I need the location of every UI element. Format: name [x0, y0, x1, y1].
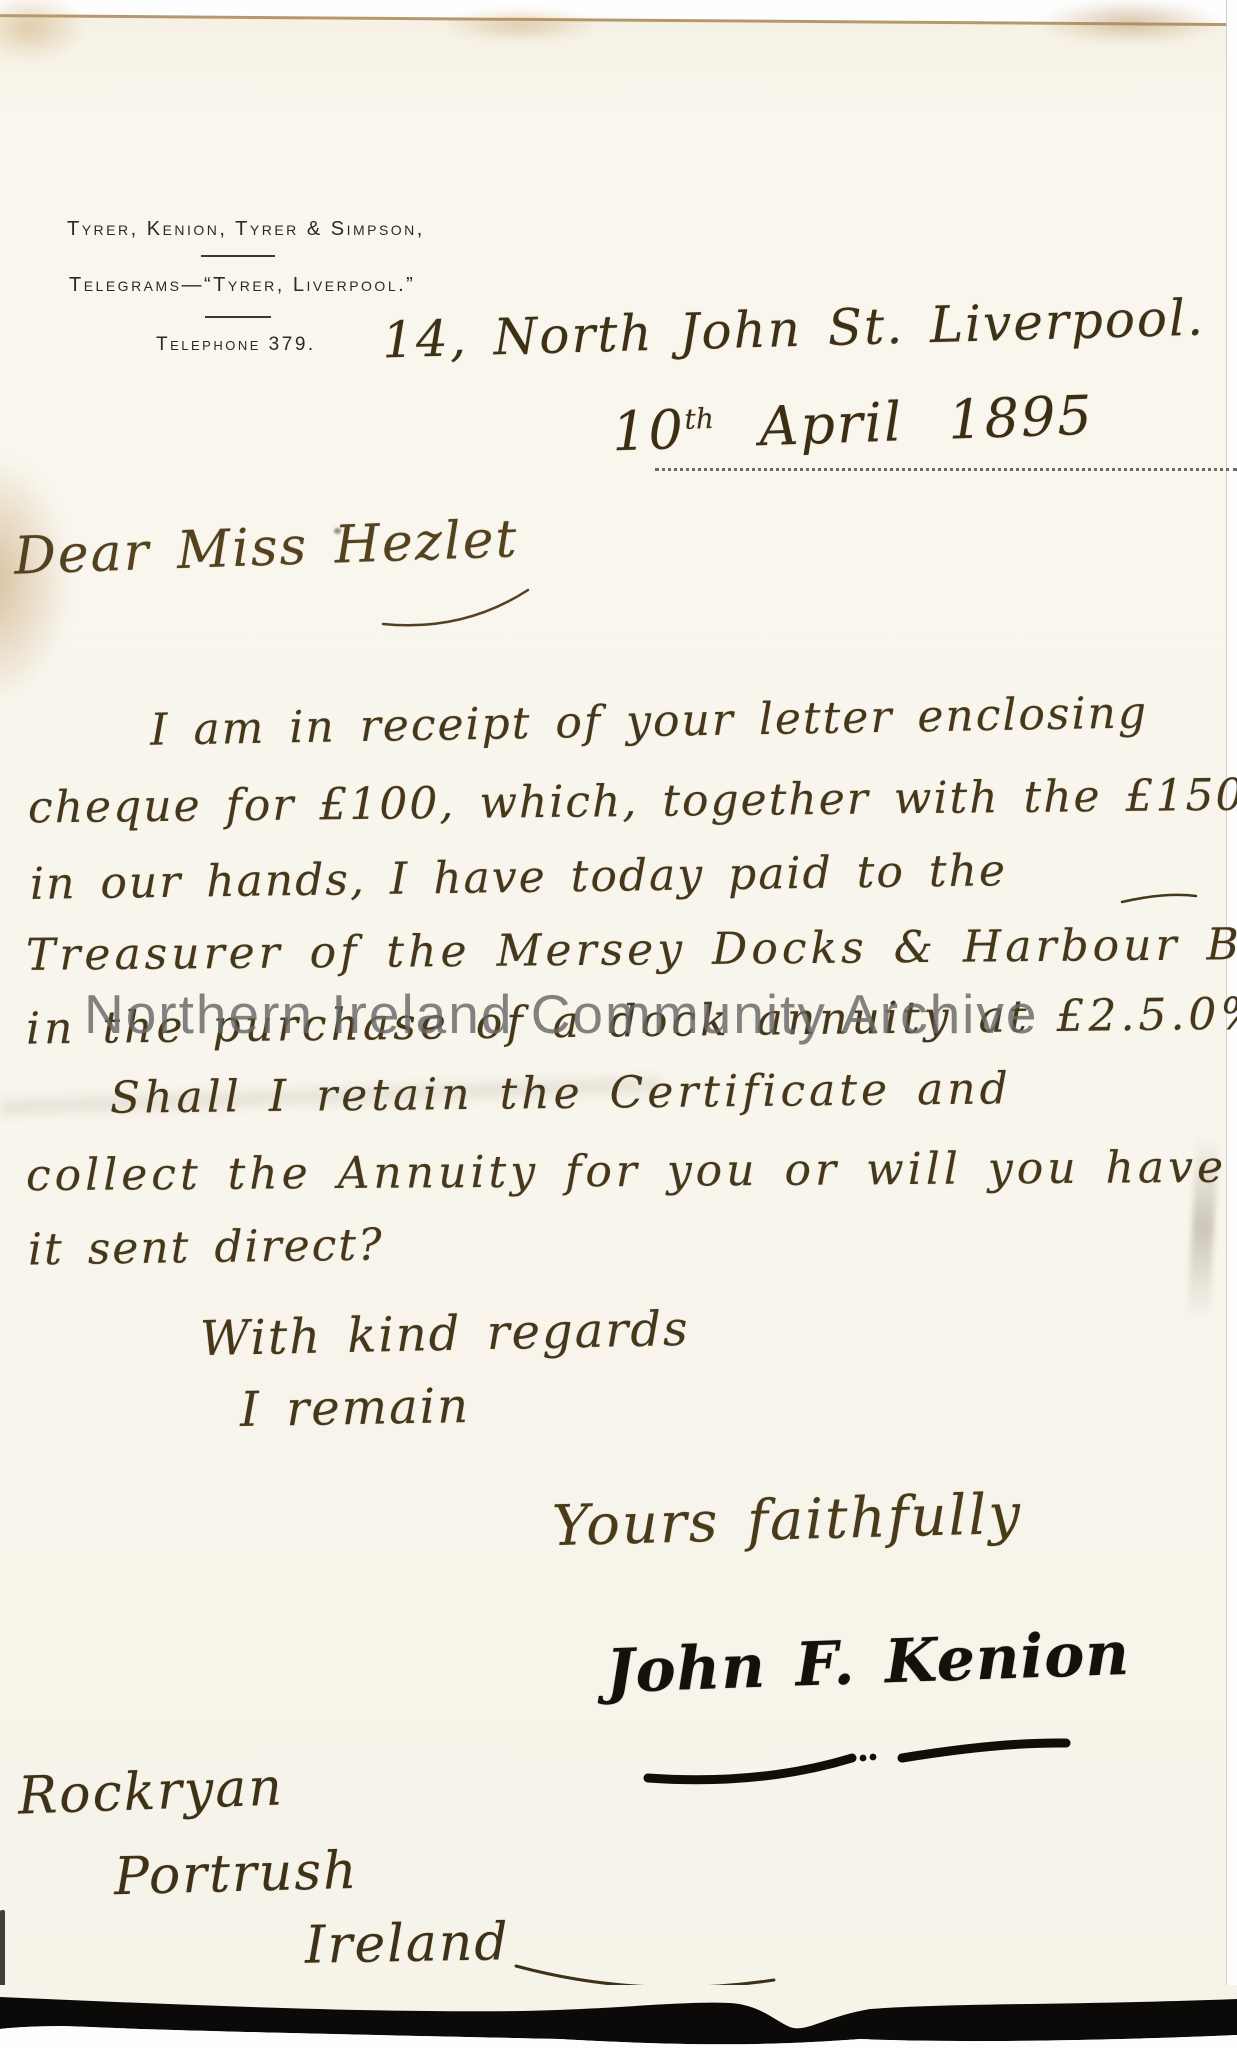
- recipient-address-line: Portrush: [113, 1841, 359, 1907]
- date-day: 10: [611, 398, 686, 463]
- recipient-address-line: Rockryan: [17, 1757, 285, 1826]
- body-line: Treasurer of the Mersey Docks & Harbour …: [26, 918, 1237, 981]
- letterhead-telegrams: Telegrams—“Tyrer, Liverpool.”: [69, 274, 415, 297]
- closing-line: Yours faithfully: [551, 1482, 1023, 1559]
- letterhead-firm-name: Tyrer, Kenion, Tyrer & Simpson,: [67, 218, 425, 241]
- body-line: it sent direct?: [28, 1220, 384, 1276]
- page-bottom-shadow: [0, 1985, 1237, 2048]
- letterhead-divider: [201, 255, 275, 257]
- archive-watermark: Northern Ireland Community Archive: [84, 982, 1038, 1046]
- letterhead-divider: [205, 316, 271, 318]
- scanned-letter-page: Tyrer, Kenion, Tyrer & Simpson, Telegram…: [0, 0, 1237, 2048]
- body-line: Shall I retain the Certificate and: [110, 1063, 1012, 1123]
- printed-dotted-date-line: [655, 468, 1237, 471]
- closing-line: I remain: [240, 1378, 471, 1438]
- letterhead-telephone: Telephone 379.: [156, 334, 316, 356]
- recipient-address-line: Ireland: [304, 1912, 510, 1976]
- date-month-year: April 1895: [713, 384, 1095, 460]
- body-line: collect the Annuity for you or will you …: [26, 1142, 1227, 1201]
- closing-line: With kind regards: [199, 1301, 690, 1367]
- date-ordinal-suffix: th: [684, 402, 715, 436]
